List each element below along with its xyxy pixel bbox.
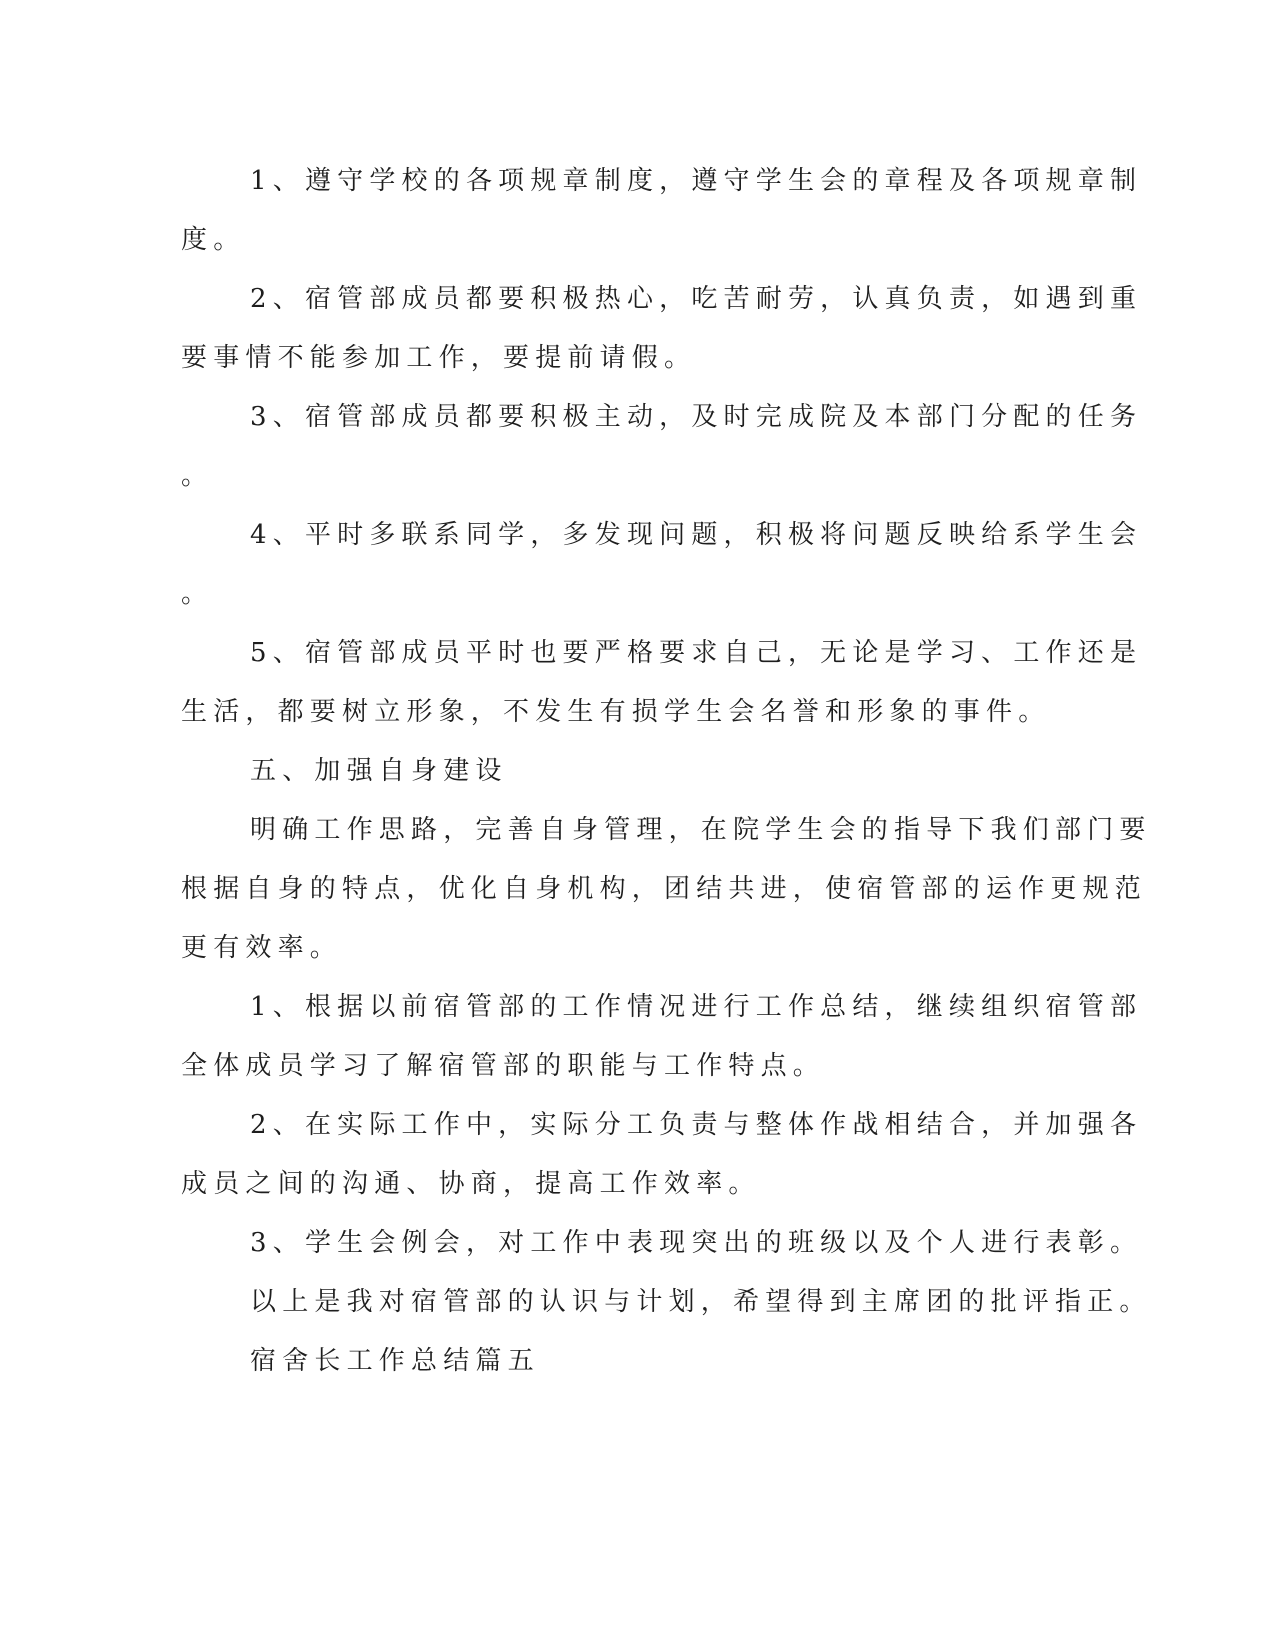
text-line-intro: 明确工作思路，完善自身管理，在院学生会的指导下我们部门要	[250, 813, 1152, 847]
text-line-rule-5-cont: 生活，都要树立形象，不发生有损学生会名誉和形象的事件。	[181, 695, 1050, 729]
text-line-rule-4: 4、平时多联系同学，多发现问题，积极将问题反映给系学生会	[250, 518, 1142, 552]
text-line-item-1-cont: 全体成员学习了解宿管部的职能与工作特点。	[181, 1049, 825, 1083]
text-line-rule-4-cont: 。	[181, 577, 213, 611]
text-line-item-2-cont: 成员之间的沟通、协商，提高工作效率。	[181, 1167, 761, 1201]
section-heading-part-five: 宿舍长工作总结篇五	[250, 1344, 540, 1378]
text-line-item-3: 3、学生会例会，对工作中表现突出的班级以及个人进行表彰。	[250, 1226, 1142, 1260]
text-line-rule-3: 3、宿管部成员都要积极主动，及时完成院及本部门分配的任务	[250, 400, 1142, 434]
text-line-rule-2: 2、宿管部成员都要积极热心，吃苦耐劳，认真负责，如遇到重	[250, 282, 1142, 316]
text-line-rule-1-cont: 度。	[181, 223, 245, 257]
text-line-item-1: 1、根据以前宿管部的工作情况进行工作总结，继续组织宿管部	[250, 990, 1142, 1024]
text-line-rule-2-cont: 要事情不能参加工作，要提前请假。	[181, 341, 696, 375]
text-line-intro-cont-1: 根据自身的特点，优化自身机构，团结共进，使宿管部的运作更规范	[181, 872, 1147, 906]
text-line-item-2: 2、在实际工作中，实际分工负责与整体作战相结合，并加强各	[250, 1108, 1142, 1142]
text-line-rule-5: 5、宿管部成员平时也要严格要求自己，无论是学习、工作还是	[250, 636, 1142, 670]
document-page: 1、遵守学校的各项规章制度，遵守学生会的章程及各项规章制 度。 2、宿管部成员都…	[0, 0, 1275, 1650]
text-line-closing: 以上是我对宿管部的认识与计划，希望得到主席团的批评指正。	[250, 1285, 1152, 1319]
section-heading-five: 五、加强自身建设	[250, 754, 508, 788]
text-line-intro-cont-2: 更有效率。	[181, 931, 342, 965]
text-line-rule-3-cont: 。	[181, 459, 213, 493]
text-line-rule-1: 1、遵守学校的各项规章制度，遵守学生会的章程及各项规章制	[250, 164, 1142, 198]
